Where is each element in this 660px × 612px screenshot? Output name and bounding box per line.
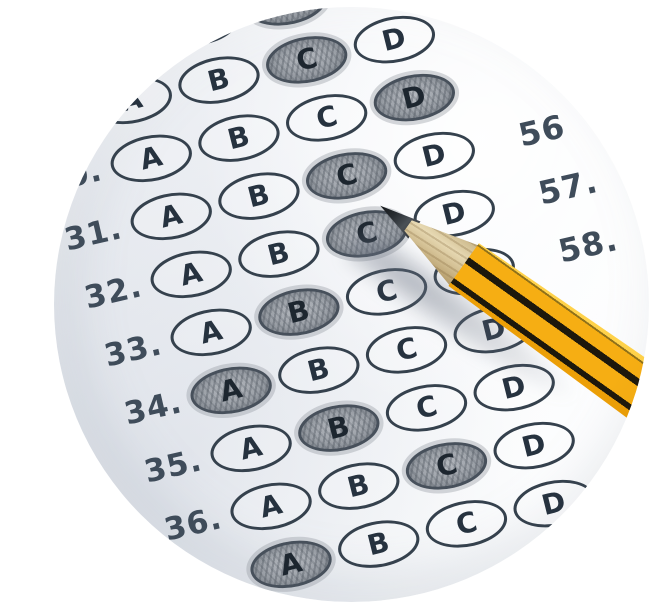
- bubble-28-D: D: [327, 7, 422, 13]
- bubble-35-B-filled: B: [291, 397, 386, 459]
- bubble-letter: B: [285, 296, 312, 328]
- bubble-letter: A: [217, 374, 245, 406]
- bubble-letter: A: [277, 548, 305, 580]
- bubble-letter: A: [117, 84, 145, 116]
- bubble-letter: B: [205, 64, 232, 96]
- answer-sheet-photo: ABCDABCD30.ABCD31.ABCD32.ABCD33.ABCD34.A…: [54, 7, 649, 602]
- bubble-37-D: D: [507, 473, 602, 535]
- bubble-32-B: B: [231, 223, 326, 285]
- question-number-31: 31.: [54, 207, 126, 264]
- question-number-right-56: 56: [514, 95, 611, 156]
- bubble-letter: B: [225, 122, 252, 154]
- bubble-37-A-filled: A: [244, 533, 339, 595]
- bubble-letter: A: [237, 432, 265, 464]
- bubble-28-A: A: [64, 11, 159, 73]
- bubble-34-B: B: [271, 339, 366, 401]
- bubble-letter: C: [313, 102, 340, 134]
- bubble-letter: A: [177, 258, 205, 290]
- bubble-letter: D: [420, 139, 449, 172]
- bubble-29-C-filled: C: [259, 29, 354, 91]
- bubble-letter: C: [333, 160, 360, 192]
- bubble-30-A: A: [104, 127, 199, 189]
- bubble-letter: B: [185, 7, 212, 38]
- bubble-36-C-filled: C: [399, 435, 494, 497]
- bubble-letter: C: [453, 508, 480, 540]
- bubble-letter: C: [433, 450, 460, 482]
- bubble-33-A: A: [164, 301, 259, 363]
- bubble-letter: B: [325, 412, 352, 444]
- bubble-letter: B: [245, 180, 272, 212]
- bubble-36-A: A: [224, 475, 319, 537]
- bubble-letter: A: [157, 200, 185, 232]
- question-number-33: 33.: [89, 323, 167, 380]
- question-number-34: 34.: [109, 381, 187, 438]
- bubble-31-B: B: [211, 165, 306, 227]
- bubble-31-C-filled: C: [299, 145, 394, 207]
- bubble-28-C-filled: C: [239, 7, 334, 33]
- bubble-letter: D: [380, 23, 409, 56]
- question-number-32: 32.: [69, 265, 147, 322]
- bubble-37-C: C: [419, 493, 514, 555]
- bubble-letter: C: [273, 7, 300, 18]
- bubble-letter: D: [520, 429, 549, 462]
- bubble-letter: B: [345, 470, 372, 502]
- question-number-36: 36.: [148, 497, 226, 554]
- bubble-36-B: B: [311, 455, 406, 517]
- photo-canvas: ABCDABCD30.ABCD31.ABCD32.ABCD33.ABCD34.A…: [0, 0, 660, 612]
- bubble-letter: C: [293, 44, 320, 76]
- bubble-letter: C: [393, 334, 420, 366]
- bubble-letter: D: [440, 197, 469, 230]
- bubble-letter: A: [137, 142, 165, 174]
- bubble-letter: B: [265, 238, 292, 270]
- bubble-35-A: A: [204, 417, 299, 479]
- bubble-30-B: B: [191, 107, 286, 169]
- bubble-30-C: C: [279, 87, 374, 149]
- bubble-letter: A: [197, 316, 225, 348]
- bubble-34-A-filled: A: [184, 359, 279, 421]
- bubble-30-D-filled: D: [367, 67, 462, 129]
- bubble-letter: A: [257, 490, 285, 522]
- question-number-30: 30.: [54, 149, 106, 206]
- bubble-letter: D: [539, 487, 568, 520]
- question-number-35: 35.: [129, 439, 207, 496]
- question-number-right-58: 58.: [554, 211, 649, 272]
- bubble-29-B: B: [172, 49, 267, 111]
- bubble-35-C: C: [379, 377, 474, 439]
- bubble-28-B: B: [152, 7, 247, 53]
- bubble-33-B-filled: B: [251, 281, 346, 343]
- bubble-31-D: D: [387, 125, 482, 187]
- question-number-right-57: 57.: [534, 153, 631, 214]
- bubble-32-A: A: [144, 243, 239, 305]
- bubble-31-A: A: [124, 185, 219, 247]
- bubble-letter: D: [400, 81, 429, 114]
- bubble-29-A: A: [84, 69, 179, 131]
- bubble-37-B: B: [331, 513, 426, 575]
- bubble-29-D: D: [347, 9, 442, 71]
- bubble-letter: A: [97, 26, 125, 58]
- bubble-letter: B: [365, 528, 392, 560]
- bubble-letter: B: [305, 354, 332, 386]
- bubble-letter: C: [413, 392, 440, 424]
